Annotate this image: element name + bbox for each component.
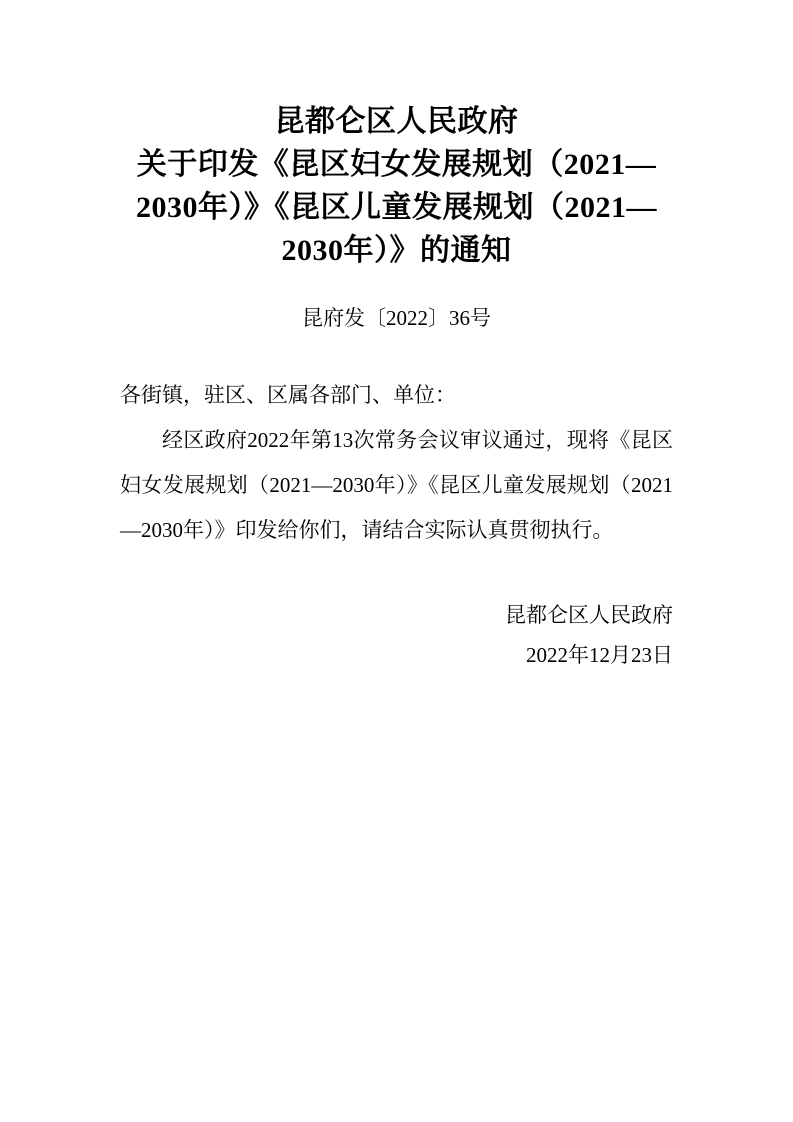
body-paragraph: 经区政府2022年第13次常务会议审议通过，现将《昆区妇女发展规划（2021—2…	[120, 418, 673, 553]
signature-block: 昆都仑区人民政府 2022年12月23日	[120, 595, 673, 675]
document-number: 昆府发〔2022〕36号	[120, 296, 673, 341]
title-line-2: 关于印发《昆区妇女发展规划（2021—	[120, 143, 673, 186]
title-line-3: 2030年）》《昆区儿童发展规划（2021—	[120, 186, 673, 229]
signature-date: 2022年12月23日	[120, 635, 673, 675]
title-line-4: 2030年）》的通知	[120, 229, 673, 272]
signature-name: 昆都仑区人民政府	[120, 595, 673, 635]
document-title: 昆都仑区人民政府 关于印发《昆区妇女发展规划（2021— 2030年）》《昆区儿…	[120, 100, 673, 272]
salutation: 各街镇，驻区、区属各部门、单位：	[120, 373, 673, 418]
document-page: 昆都仑区人民政府 关于印发《昆区妇女发展规划（2021— 2030年）》《昆区儿…	[0, 0, 793, 1122]
title-line-issuer: 昆都仑区人民政府	[120, 100, 673, 143]
